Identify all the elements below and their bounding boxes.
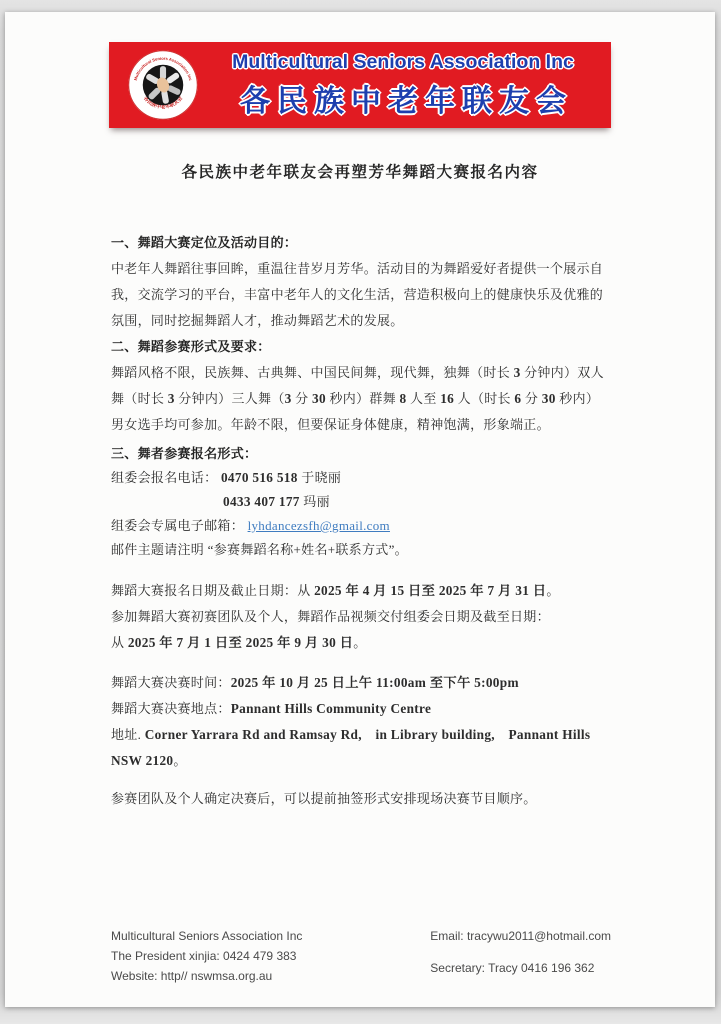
document-title: 各民族中老年联友会再塑芳华舞蹈大赛报名内容: [5, 160, 715, 182]
phone-line-2: 0433 407 177 玛丽: [111, 490, 609, 514]
finals-venue-line: 舞蹈大赛决赛地点：Pannant Hills Community Centre: [111, 696, 609, 722]
footer-org-name: Multicultural Seniors Association Inc: [111, 926, 302, 946]
finals-time-line: 舞蹈大赛决赛时间：2025 年 10 月 25 日上午 11:00am 至下午 …: [111, 670, 609, 696]
org-name-english: Multicultural Seniors Association Inc: [232, 51, 574, 74]
finals-address-line: 地址. Corner Yarrara Rd and Ramsay Rd, in …: [111, 722, 609, 774]
footer-left-column: Multicultural Seniors Association Inc Th…: [111, 926, 302, 986]
email-line: 组委会专属电子邮箱： lyhdancezsfh@gmail.com: [111, 514, 609, 538]
phone-label: 组委会报名电话：: [111, 470, 217, 485]
email-label: 组委会专属电子邮箱：: [111, 518, 244, 533]
org-banner: Multicultural Seniors Association Inc 各民…: [109, 42, 611, 128]
section3-heading: 三、舞者参赛报名形式：: [111, 442, 609, 466]
footer-email-line: Email: tracywu2011@hotmail.com: [430, 926, 611, 946]
document-content: 一、舞蹈大赛定位及活动目的： 中老年人舞蹈往事回眸，重温往昔岁月芳华。活动目的为…: [111, 230, 609, 812]
section2-body: 舞蹈风格不限，民族舞、古典舞、中国民间舞，现代舞，独舞（时长 3 分钟内）双人舞…: [111, 360, 609, 438]
footer-website-line: Website: http// nswmsa.org.au: [111, 966, 302, 986]
phone-line-1: 组委会报名电话： 0470 516 518 于晓丽: [111, 466, 609, 490]
email-link[interactable]: lyhdancezsfh@gmail.com: [248, 518, 390, 533]
footer-secretary-line: Secretary: Tracy 0416 196 362: [430, 958, 611, 978]
section1-heading: 一、舞蹈大赛定位及活动目的：: [111, 230, 609, 256]
org-name-chinese: 各民族中老年联友会: [240, 76, 573, 120]
email-subject-note: 邮件主题请注明 “参赛舞蹈名称+姓名+联系方式”。: [111, 538, 609, 562]
footer-president-line: The President xinjia: 0424 479 383: [111, 946, 302, 966]
lottery-note: 参赛团队及个人确定决赛后，可以提前抽签形式安排现场决赛节目顺序。: [111, 786, 609, 812]
preliminary-line: 参加舞蹈大赛初赛团队及个人，舞蹈作品视频交付组委会日期及截至日期：: [111, 604, 609, 630]
section1-body: 中老年人舞蹈往事回眸，重温往昔岁月芳华。活动目的为舞蹈爱好者提供一个展示自我，交…: [111, 256, 609, 334]
preliminary-range-line: 从 2025 年 7 月 1 日至 2025 年 9 月 30 日。: [111, 630, 609, 656]
phone-contact-2: 玛丽: [303, 494, 330, 509]
phone-number-2: 0433 407 177: [223, 494, 300, 509]
registration-dates-line: 舞蹈大赛报名日期及截止日期：从 2025 年 4 月 15 日至 2025 年 …: [111, 578, 609, 604]
phone-contact-1: 于晓丽: [301, 470, 341, 485]
page-footer: Multicultural Seniors Association Inc Th…: [111, 926, 611, 986]
phone-number-1: 0470 516 518: [221, 470, 298, 485]
banner-text-block: Multicultural Seniors Association Inc 各民…: [211, 51, 611, 120]
section2-heading: 二、舞蹈参赛形式及要求：: [111, 334, 609, 360]
association-logo-icon: Multicultural Seniors Association Inc 各民…: [127, 49, 199, 121]
document-page: Multicultural Seniors Association Inc 各民…: [5, 12, 715, 1007]
scan-background: Multicultural Seniors Association Inc 各民…: [0, 0, 721, 1024]
footer-right-column: Email: tracywu2011@hotmail.com Secretary…: [430, 926, 611, 986]
